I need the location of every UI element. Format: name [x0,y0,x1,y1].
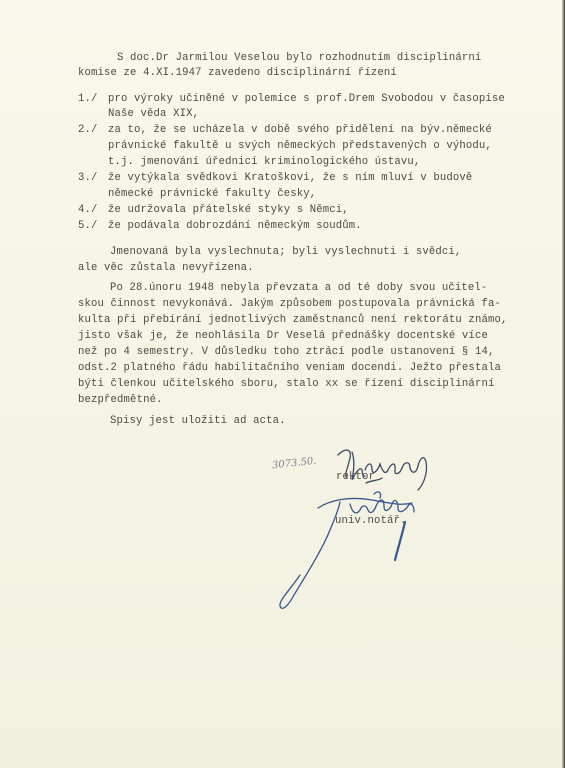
paragraph-2-line-1: Jmenovaná byla vyslechnuta; byli vyslech… [110,246,461,259]
rector-label: rektor [336,471,375,484]
paragraph-3-line-5: než po 4 semestry. V důsledku toho ztrác… [78,346,494,359]
item-2-line-3: t.j. jmenování úřednicí kriminologického… [108,156,420,169]
item-1-line-1: pro výroky učiněné v polemice s prof.Dre… [108,93,505,106]
item-1-line-2: Naše věda XIX, [108,108,199,121]
paragraph-3-line-7: býti členkou učitelského sboru, stalo xx… [78,378,494,391]
handwritten-number: 3073.50. [272,456,317,472]
item-3-line-2: německé právnické fakulty česky, [108,188,316,201]
paragraph-3-line-1: Po 28.únoru 1948 nebyla převzata a od té… [110,282,487,295]
item-1-number: 1./ [78,93,98,106]
closing-line: Spisy jest uložiti ad acta. [110,415,286,428]
item-3-number: 3./ [78,172,98,185]
item-5-line-1: že podávala dobrozdání německým soudům. [108,220,362,233]
paragraph-3-line-6: odst.2 platného řádu habilitačního venia… [78,362,501,375]
paragraph-2-line-2: ale věc zůstala nevyřízena. [78,262,254,275]
item-4-number: 4./ [78,204,98,217]
item-2-line-2: právnické fakultě u svých německých před… [108,140,492,153]
notary-signature-icon [280,492,414,608]
document-page: S doc.Dr Jarmilou Veselou bylo rozhodnut… [0,0,565,768]
notary-label: univ.notář. [335,515,407,528]
item-2-line-1: za to, že se ucházela v době svého přidě… [108,124,492,137]
item-3-line-1: že vytýkala svědkovi Kratoškovi, že s ní… [108,172,472,185]
paragraph-3-line-4: jisto však je, že neohlásila Dr Veselá p… [78,330,488,343]
item-4-line-1: že udržovala přátelské styky s Němci, [108,204,349,217]
intro-line-1: S doc.Dr Jarmilou Veselou bylo rozhodnut… [117,52,481,65]
paragraph-3-line-3: kulta při přebírání jednotlivých zaměstn… [78,314,507,327]
intro-line-2: komise ze 4.XI.1947 zavedeno disciplinár… [78,67,397,80]
item-2-number: 2./ [78,124,98,137]
paragraph-3-line-8: bezpředmětné. [78,394,163,407]
item-5-number: 5./ [78,220,98,233]
paragraph-3-line-2: skou činnost nevykonává. Jakým způsobem … [78,298,501,311]
